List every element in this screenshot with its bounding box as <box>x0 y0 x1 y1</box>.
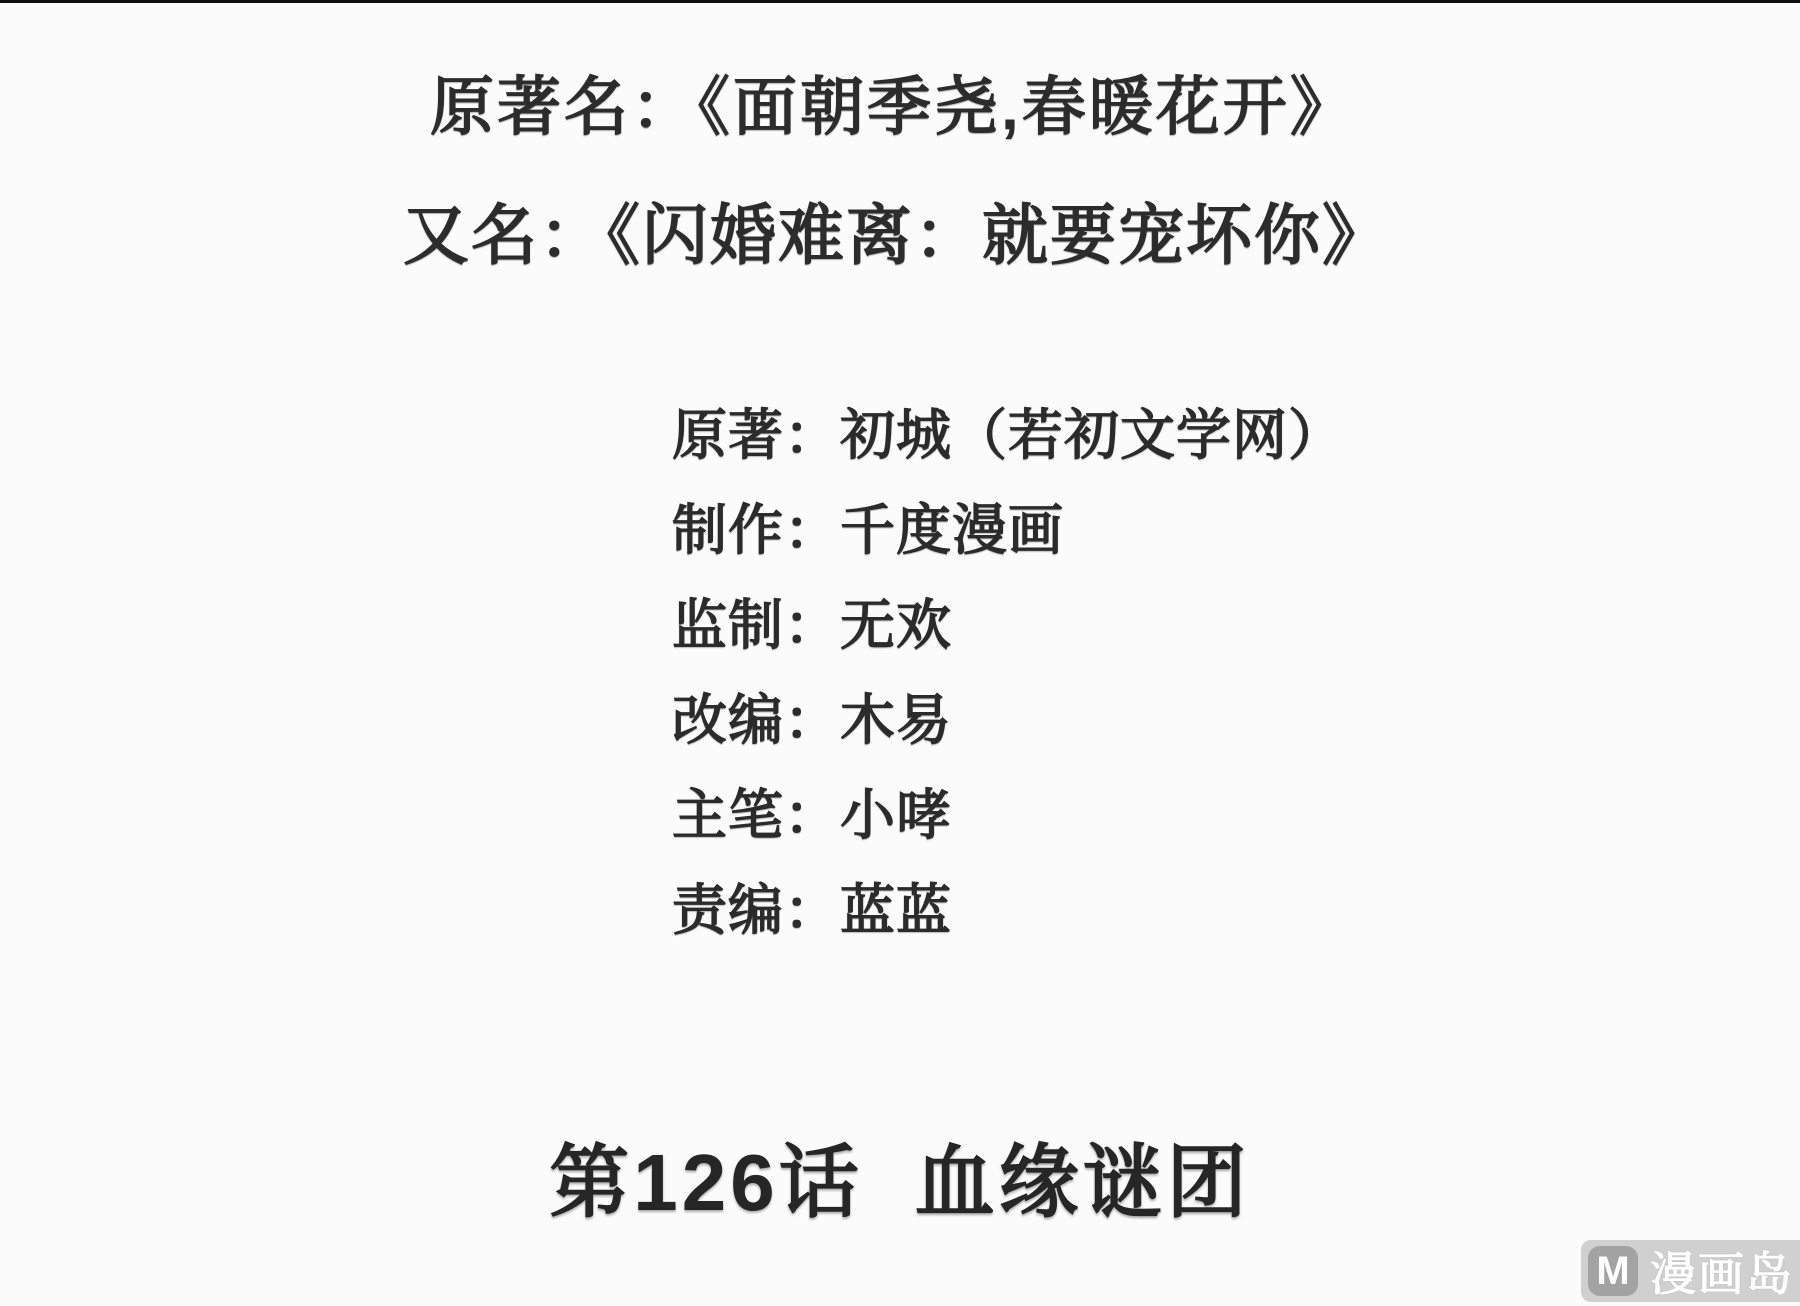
credit-separator: ： <box>784 676 840 755</box>
credit-role: 制作 <box>672 486 784 565</box>
credit-row-lead-artist: 主笔：小哮 <box>672 763 1344 858</box>
comic-credits-page: 原著名：《面朝季尧,春暖花开》 又名：《闪婚难离：就要宠坏你》 原著：初城（若初… <box>0 0 1800 1306</box>
credit-row-supervisor: 监制：无欢 <box>672 573 1344 668</box>
credit-role: 责编 <box>672 866 784 945</box>
credits-list: 原著：初城（若初文学网） 制作：千度漫画 监制：无欢 改编：木易 主笔：小哮 责… <box>672 383 1344 953</box>
original-title: 原著名：《面朝季尧,春暖花开》 <box>430 56 1357 148</box>
credit-row-production: 制作：千度漫画 <box>672 478 1344 573</box>
credit-separator: ： <box>784 581 840 660</box>
credit-role: 监制 <box>672 581 784 660</box>
watermark-badge-letter: M <box>1596 1249 1629 1294</box>
credit-role: 原著 <box>672 391 784 470</box>
credit-name: 千度漫画 <box>840 486 1064 565</box>
credit-row-original-author: 原著：初城（若初文学网） <box>672 383 1344 478</box>
credit-name: 无欢 <box>840 581 952 660</box>
credit-separator: ： <box>784 486 840 565</box>
watermark-site-name: 漫画岛 <box>1650 1238 1794 1304</box>
manhuadao-watermark: M 漫画岛 <box>1581 1240 1800 1302</box>
credit-role: 主笔 <box>672 771 784 850</box>
credit-row-editor: 责编：蓝蓝 <box>672 858 1344 953</box>
credit-separator: ： <box>784 866 840 945</box>
manhuadao-logo-icon: M <box>1588 1246 1638 1296</box>
alternate-title: 又名：《闪婚难离：就要宠坏你》 <box>403 182 1390 277</box>
credit-name: 蓝蓝 <box>840 866 952 945</box>
credit-row-adaptation: 改编：木易 <box>672 668 1344 763</box>
credit-separator: ： <box>784 391 840 470</box>
chapter-title: 第126话血缘谜团 <box>0 1118 1800 1233</box>
credit-name: 木易 <box>840 676 952 755</box>
credit-name: 初城（若初文学网） <box>840 391 1344 470</box>
top-border-bar <box>0 0 1800 3</box>
credit-separator: ： <box>784 771 840 850</box>
credit-role: 改编 <box>672 676 784 755</box>
chapter-name: 血缘谜团 <box>915 1138 1251 1227</box>
credit-name: 小哮 <box>840 771 952 850</box>
chapter-number: 第126话 <box>549 1138 862 1227</box>
